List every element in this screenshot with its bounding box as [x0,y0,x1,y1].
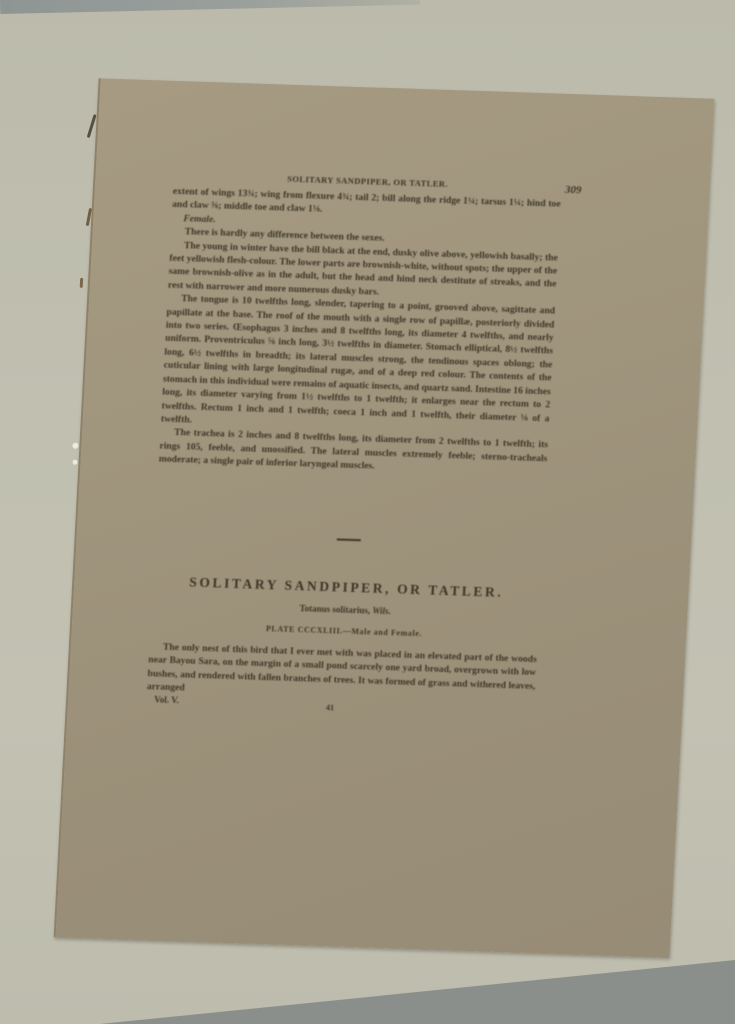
page-number: 309 [565,184,582,198]
page-text-block: SOLITARY SANDPIPER, OR TATLER. 309 exten… [146,169,562,721]
scientific-name: Totanus solitarius, Wils. [151,597,539,623]
volume-label: Vol. V. [154,694,179,708]
book-page: SOLITARY SANDPIPER, OR TATLER. 309 exten… [54,78,715,957]
plate-reference: PLATE CCCXLIII.—Male and Female. [150,619,538,645]
signature-mark: 41 [326,702,335,716]
section-divider-rule [337,538,361,541]
scientific-name-text: Totanus solitarius, [299,603,370,615]
scientific-name-authority: Wils. [372,606,391,617]
anatomy-paragraph: The tongue is 10 twelfths long, slender,… [161,292,556,439]
section-title: SOLITARY SANDPIPER, OR TATLER. [142,574,550,601]
page-edge-tear [80,278,84,288]
